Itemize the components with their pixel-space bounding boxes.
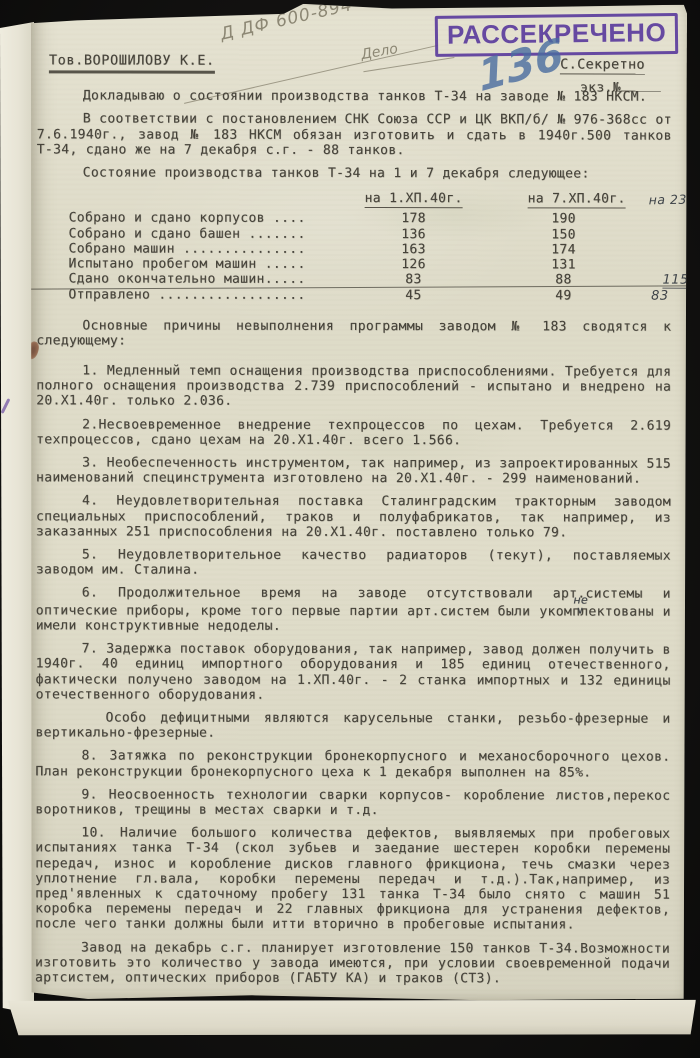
- reason-item-3: 3. Необеспеченность инструментом, так на…: [36, 455, 671, 487]
- underlying-page-bottom-edge: [8, 996, 696, 1040]
- table-row: Собрано и сдано башен ....... 136 150: [37, 226, 672, 243]
- report-intro-paragraph: Докладываю о состоянии производства танк…: [37, 89, 672, 106]
- document-body: Тов.ВОРОШИЛОВУ К.Е. Докладываю о состоян…: [29, 3, 687, 987]
- table-row: Сдано окончательно машин..... 83 88 115: [36, 272, 671, 290]
- table-header-col3-handwritten: на 23.ХII.40: [649, 191, 688, 207]
- underlying-page-left-edge: [0, 22, 34, 1014]
- insertion-caret: ∨: [530, 603, 584, 618]
- production-table: на 1.ХП.40г. на 7.ХП.40г. на 23.ХII.40 С…: [36, 191, 671, 305]
- table-row: Испытано пробегом машин ..... 126 131: [36, 256, 671, 273]
- table-row: Собрано и сдано корпусов .... 178 190: [37, 211, 672, 228]
- table-header-row: на 1.ХП.40г. на 7.ХП.40г. на 23.ХII.40: [37, 191, 672, 208]
- reason-item-4: 4. Неудовлетворительная поставка Сталинг…: [36, 494, 671, 541]
- reason-item-8: 8. Затяжка по реконструкции бронекорпусн…: [35, 749, 670, 781]
- table-row: Собрано машин ............... 163 174: [37, 241, 672, 258]
- reason-item-10: 10. Наличие большого количества дефектов…: [35, 825, 670, 933]
- document-sheet: Д ДФ 600-894 Дело РАССЕКРЕЧЕНО 136 С.Сек…: [29, 3, 687, 1002]
- report-intro-paragraph: Состояние производства танков Т-34 на 1 …: [37, 165, 672, 182]
- report-intro-paragraph: В соответствии с постановлением СНК Союз…: [37, 112, 672, 159]
- table-header-spacer: [69, 191, 349, 207]
- reasons-intro: Основные причины невыполнения программы …: [36, 318, 671, 350]
- reason-item-9: 9. Неосвоенность технологии сварки корпу…: [35, 787, 670, 819]
- reason-item-7: 7. Задержка поставок оборудования, так н…: [36, 641, 671, 703]
- reason-item-2: 2.Несвоевременное внедрение техпроцессов…: [36, 417, 671, 449]
- table-header-col1: на 1.ХП.40г.: [349, 191, 479, 206]
- addressee: Тов.ВОРОШИЛОВУ К.Е.: [49, 53, 215, 74]
- reason-item-6: 6. Продолжительное время на заводе отсут…: [36, 586, 671, 635]
- reason-item-5: 5. Неудовлетворительное качество радиато…: [36, 547, 671, 579]
- closing-paragraph: Завод на декабрь с.г. планирует изготовл…: [35, 940, 670, 987]
- archive-photo: { "colors": { "paper": "#dedbc8", "ink_t…: [0, 0, 700, 1058]
- table-row: Отправлено .................. 45 49 83: [36, 288, 671, 305]
- reason-item-1: 1. Медленный темп оснащения производства…: [36, 363, 671, 410]
- handwritten-insertion: не∨: [530, 602, 539, 615]
- machine-shortage-note: Особо дефицитными являются карусельные с…: [36, 710, 671, 742]
- table-header-col2: на 7.ХП.40г.: [479, 191, 649, 207]
